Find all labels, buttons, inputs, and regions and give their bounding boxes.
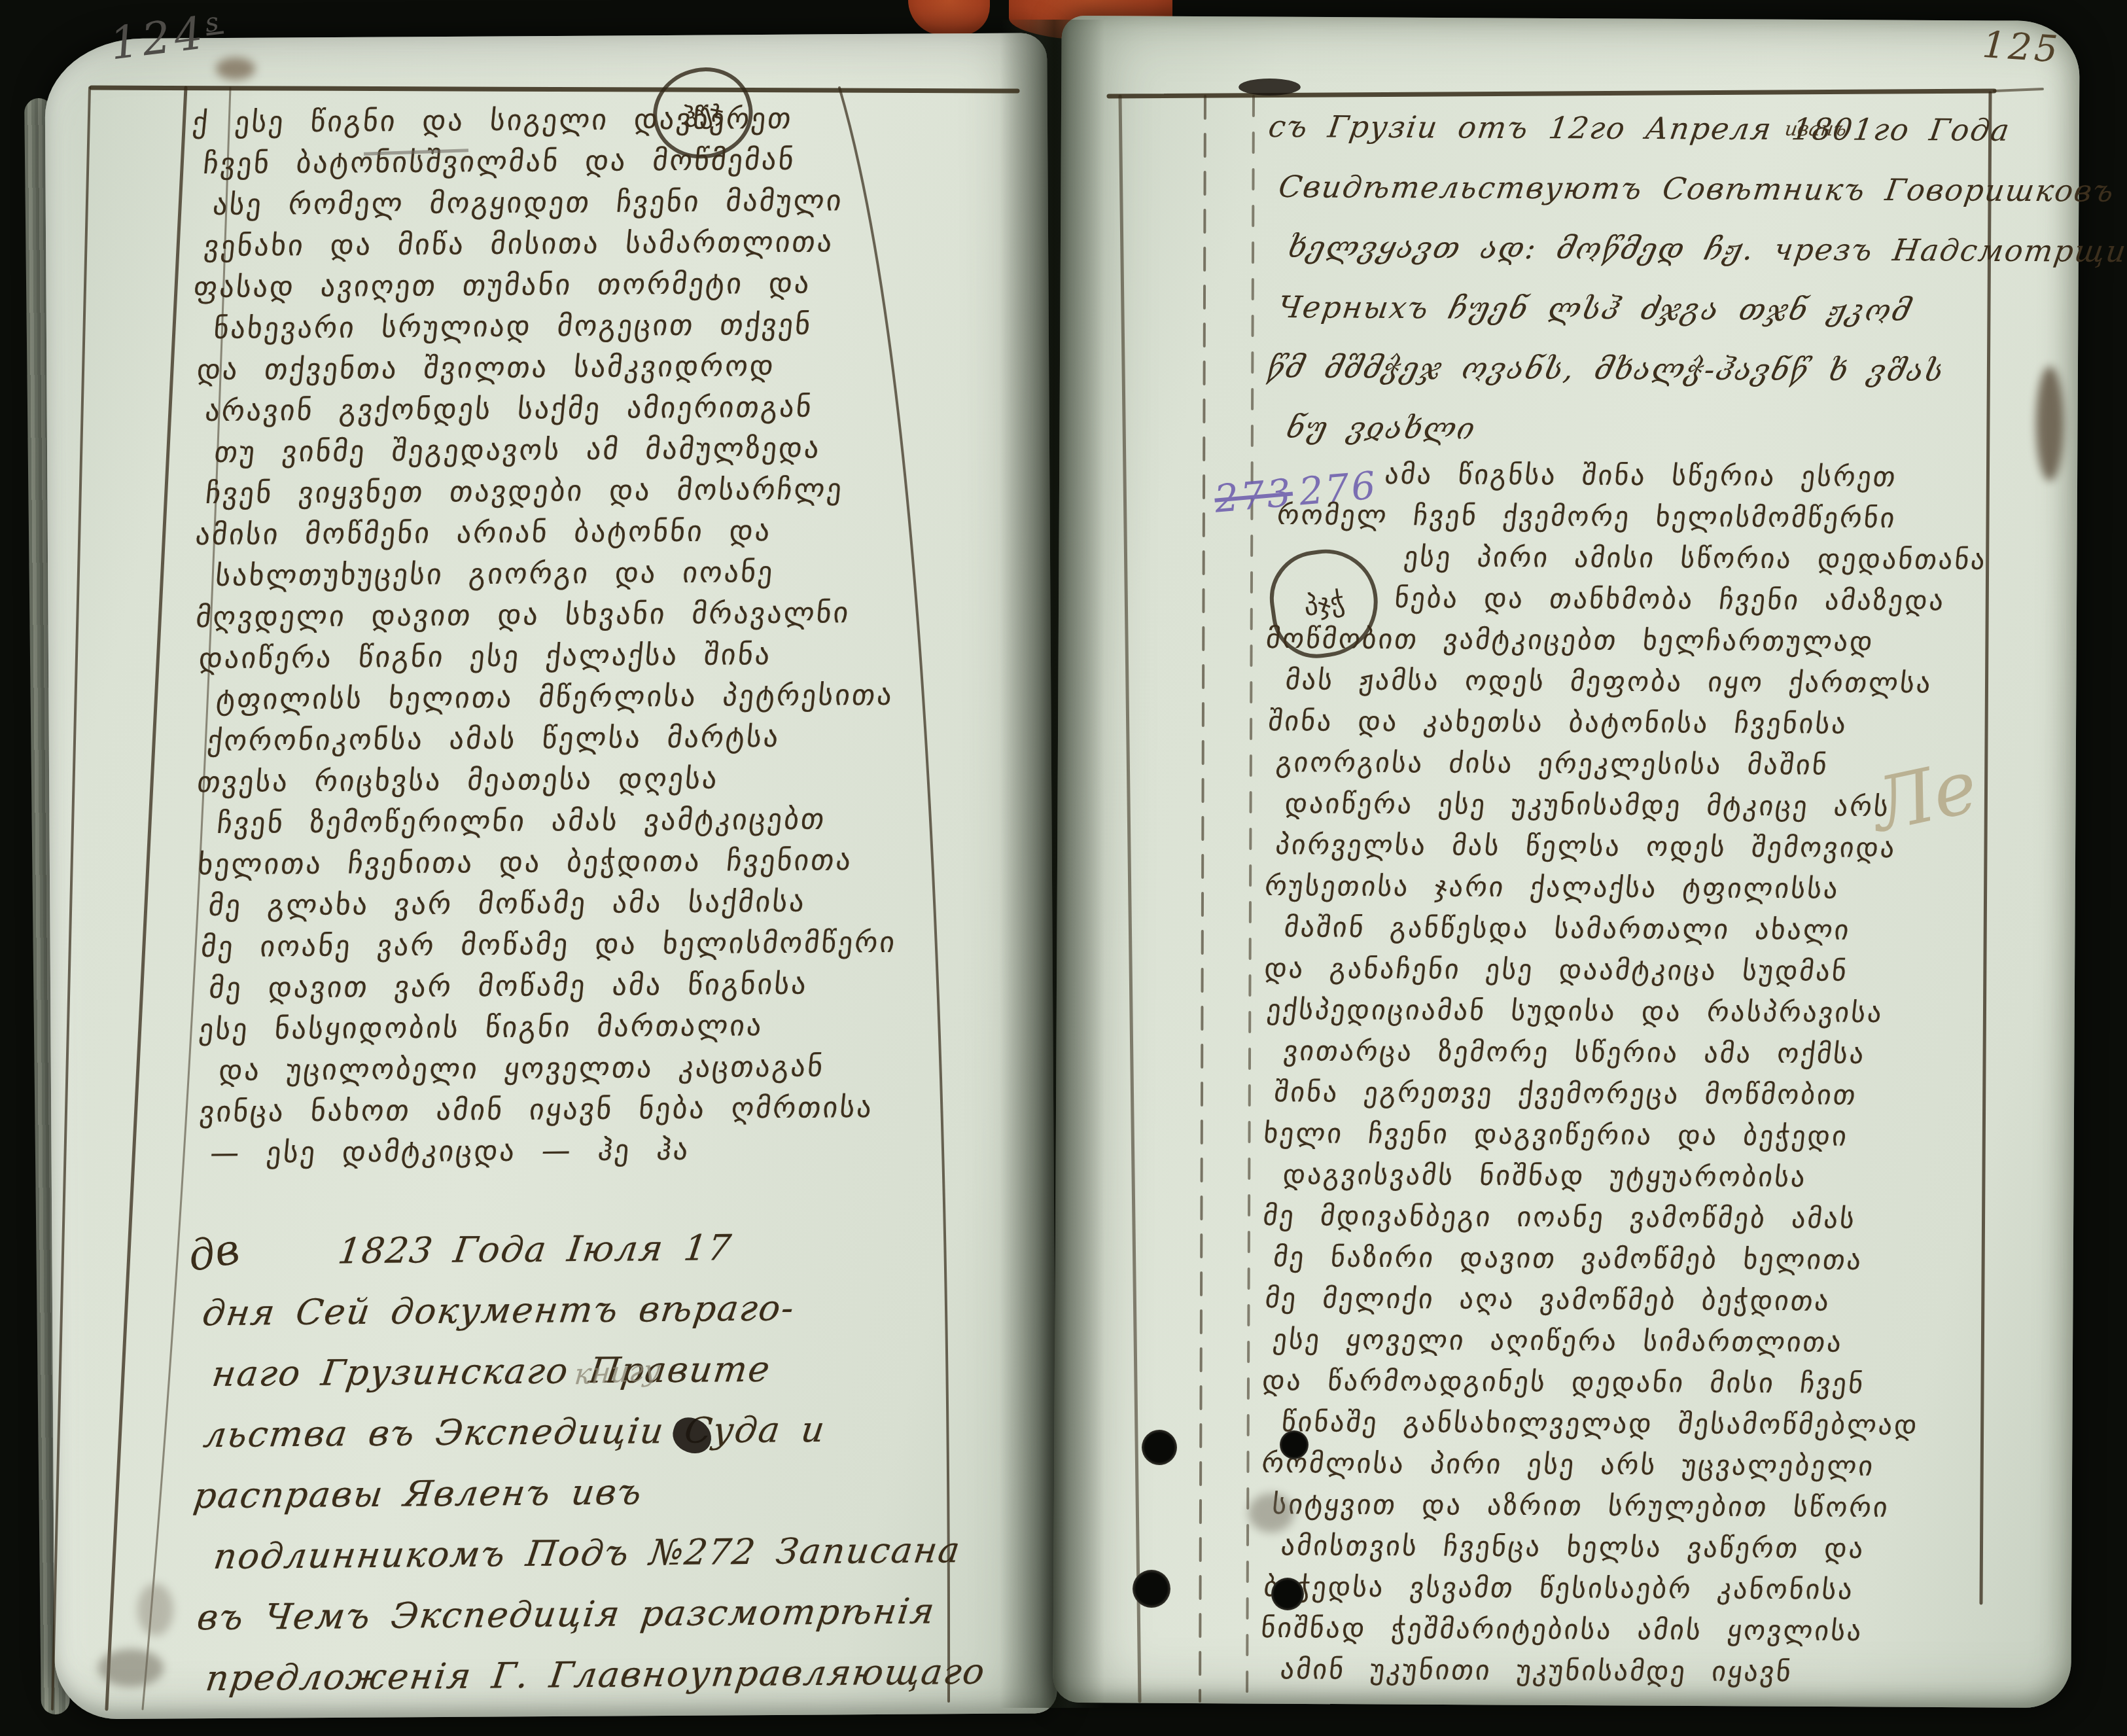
handwriting-line: ასე რომელ მოგყიდეთ ჩვენი მამული xyxy=(211,179,974,226)
handwriting-line: მე მდივანბეგი იოანე ვამოწმებ ამას xyxy=(1261,1195,2018,1240)
handwriting-line: რომლისა პირი ესე არს უცვალებელი xyxy=(1259,1442,2016,1487)
handwriting-line: მე იოანე ვარ მოწამე და ხელისმომწერი xyxy=(199,921,979,968)
handwriting-line: ხელი ჩვენი დაგვიწერია და ბეჭედი xyxy=(1261,1112,2018,1158)
handwriting-line: ჩვენ ზემოწერილნი ამას ვამტკიცებთ xyxy=(215,798,978,844)
handwriting-line: льства въ Экспедиціи Суда и xyxy=(200,1398,995,1466)
handwriting-line: დაიწერა წიგნი ესე ქალაქსა შინა xyxy=(197,633,977,679)
right-georgian-text-block: ამა წიგნსა შინა სწერია ესრეთრომელ ჩვენ ქ… xyxy=(1261,453,2020,1693)
handwriting-line: წმ მშმჭეჯ ოვანს, მხალჭ-ჰავნწ ხ ვშას xyxy=(1263,337,2031,401)
handwriting-line: расправы Явленъ ивъ xyxy=(190,1459,996,1527)
handwriting-line: ნება და თანხმობა ჩვენი ამაზედა xyxy=(1274,576,2021,622)
handwriting-line: ესე ყოველი აღიწერა სიმართლითა xyxy=(1271,1319,2017,1364)
handwriting-line: въ Чемъ Экспедиція разсмотрѣнія xyxy=(194,1580,997,1648)
handwriting-line: ხელვყავთ ად: მოწმედ ჩჟ. чрезъ Надсмотрщи… xyxy=(1284,217,2031,281)
handwriting-line: და განაჩენი ესე დაამტკიცა სუდმან xyxy=(1262,948,2019,993)
handwriting-line: მე დავით ვარ მოწამე ამა წიგნისა xyxy=(207,963,979,1009)
handwriting-line: მღვდელი დავით და სხვანი მრავალნი xyxy=(194,592,977,638)
handwriting-line: ნახევარი სრულიად მოგეცით თქვენ xyxy=(212,303,975,349)
binding-hole xyxy=(1280,1430,1309,1459)
handwriting-line: ვითარცა ზემორე სწერია ამა ოქმსა xyxy=(1282,1030,2019,1075)
handwriting-line: მოწმობით ვამტკიცებთ ხელჩართულად xyxy=(1264,618,2021,663)
handwriting-line: სახლთუხუცესი გიორგი და იოანე xyxy=(213,550,976,597)
book-spread: 124s 125 иванъ 273276 ჰუჯ პჯჭ ქ ესე წიგნ… xyxy=(0,0,2127,1736)
left-georgian-text-block: ქ ესე წიგნი და სიგელი დავწერეთჩვენ ბატონ… xyxy=(192,97,978,1174)
right-header-text-block: съ Грузіи отъ 12го Апреля 1801го ГодаСви… xyxy=(1267,96,2028,461)
handwriting-line: რომელ ჩვენ ქვემორე ხელისმომწერნი xyxy=(1275,494,2022,539)
handwriting-line: — ესე დამტკიცდა — ჰე ჰა xyxy=(208,1127,980,1174)
handwriting-line: ხელითა ჩვენითა და ბეჭდითა ჩვენითა xyxy=(196,839,978,885)
handwriting-line: ამინ უკუნითი უკუნისამდე იყავნ xyxy=(1278,1648,2016,1693)
handwriting-line: 1823 Года Іюля 17 xyxy=(188,1215,994,1283)
handwriting-line: ამა წიგნსა შინა სწერია ესრეთ xyxy=(1265,453,2022,498)
handwriting-line: მაშინ განწესდა სამართალი ახალი xyxy=(1282,906,2020,951)
handwriting-line: ჩვენ ვიყვნეთ თავდები და მოსარჩლე xyxy=(203,468,976,514)
handwriting-line: ნიშნად ჭეშმარიტებისა ამის ყოვლისა xyxy=(1259,1607,2016,1652)
handwriting-line: შინა ეგრეთვე ქვემორეცა მოწმობით xyxy=(1272,1071,2018,1116)
handwriting-line: ნუ ვჲახლი xyxy=(1282,397,2030,461)
handwriting-line: მე მელიქი აღა ვამოწმებ ბეჭდითა xyxy=(1263,1277,2018,1322)
handwriting-line: дня Сей документъ вѣраго- xyxy=(199,1276,994,1344)
handwriting-line: სიტყვით და აზრით სრულებით სწორი xyxy=(1270,1483,2016,1529)
handwriting-line: და თქვენთა შვილთა სამკვიდროდ xyxy=(195,344,975,391)
handwriting-line: თუ ვინმე შეგედავოს ამ მამულზედა xyxy=(213,427,976,473)
handwriting-line: თვესა რიცხვსა მეათესა დღესა xyxy=(195,756,977,803)
handwriting-line: ფასად ავიღეთ თუმანი თორმეტი და xyxy=(192,262,974,308)
binding-hole xyxy=(1133,1570,1170,1608)
handwriting-line: ვენახი და მიწა მისითა სამართლითა xyxy=(202,221,974,267)
rust-speckles xyxy=(216,58,255,80)
handwriting-line: ამისთვის ჩვენცა ხელსა ვაწერთ და xyxy=(1279,1525,2016,1570)
handwriting-line: შინა და კახეთსა ბატონისა ჩვენისა xyxy=(1266,700,2020,745)
handwriting-line: ქორონიკონსა ამას წელსა მარტსა xyxy=(205,715,977,762)
handwriting-line: Свидѣтельствуютъ Совѣтникъ Говоришковъ xyxy=(1274,156,2031,221)
handwriting-line: ესე პირი ამისი სწორია დედანთანა xyxy=(1284,535,2022,580)
handwriting-line: და უცილობელი ყოველთა კაცთაგან xyxy=(217,1045,980,1091)
handwriting-line: ვინცა ნახოთ ამინ იყავნ ნება ღმრთისა xyxy=(198,1086,980,1133)
left-russian-attestation-block: 1823 Года Іюля 17дня Сей документъ вѣраг… xyxy=(192,1215,994,1709)
binding-hole xyxy=(1142,1430,1177,1465)
faint-pencil-word: книгу xyxy=(573,1353,662,1391)
handwriting-line: ესე ნასყიდობის წიგნი მართალია xyxy=(197,1004,979,1050)
handwriting-line: предложенія Г. Главноуправляющаго xyxy=(202,1641,998,1709)
grey-smudge xyxy=(1248,1493,1294,1532)
grey-smudge xyxy=(137,1584,173,1636)
red-spine-fragment xyxy=(908,0,990,35)
handwriting-line: съ Грузіи отъ 12го Апреля 1801го Года xyxy=(1265,96,2032,160)
manuscript-scan: { "colors": { "background": "#0b0d09", "… xyxy=(0,0,2127,1736)
handwriting-line: ტფილისს ხელითა მწერლისა პეტრესითა xyxy=(215,674,977,720)
page-number-right: 125 xyxy=(1981,24,2062,71)
handwriting-line: ბეჭედსა ვსვამთ წესისაებრ კანონისა xyxy=(1261,1566,2016,1611)
handwriting-line: ექსპედიციამან სუდისა და რასპრავისა xyxy=(1265,989,2019,1034)
handwriting-line: მე გლახა ვარ მოწამე ამა საქმისა xyxy=(207,880,979,927)
handwriting-line: დაგვისვამს ნიშნად უტყუარობისა xyxy=(1281,1154,2018,1199)
clerk-flourish: дв xyxy=(185,1225,243,1281)
binding-hole xyxy=(1271,1578,1304,1610)
handwriting-line: რუსეთისა ჯარი ქალაქსა ტფილისსა xyxy=(1263,865,2020,910)
ink-blot-on-rule xyxy=(1239,79,1301,96)
handwriting-line: Черныхъ ჩუენ ლსჰ ძჯგა თჯნ ჟკომ xyxy=(1274,277,2031,341)
page-number-mark: s xyxy=(203,7,224,39)
handwriting-line: მას ჟამსა ოდეს მეფობა იყო ქართლსა xyxy=(1284,659,2021,704)
handwriting-line: არავინ გვქონდეს საქმე ამიერითგან xyxy=(203,385,976,432)
grey-smudge xyxy=(98,1649,164,1687)
handwriting-line: წინაშე განსახილველად შესამოწმებლად xyxy=(1280,1401,2017,1446)
handwriting-line: ქ ესე წიგნი და სიგელი დავწერეთ xyxy=(190,97,973,143)
handwriting-line: მე ნაზირი დავით ვამოწმებ ხელითა xyxy=(1271,1236,2018,1281)
edge-stain xyxy=(2036,366,2064,481)
handwriting-line: და წარმოადგინეს დედანი მისი ჩვენ xyxy=(1260,1360,2017,1405)
handwriting-line: ჩვენ ბატონისშვილმან და მოწმემან xyxy=(202,138,974,185)
handwriting-line: подлинникомъ Подъ №272 Записана xyxy=(210,1519,996,1587)
handwriting-line: ამისი მოწმენი არიან ბატონნი და xyxy=(194,509,976,556)
